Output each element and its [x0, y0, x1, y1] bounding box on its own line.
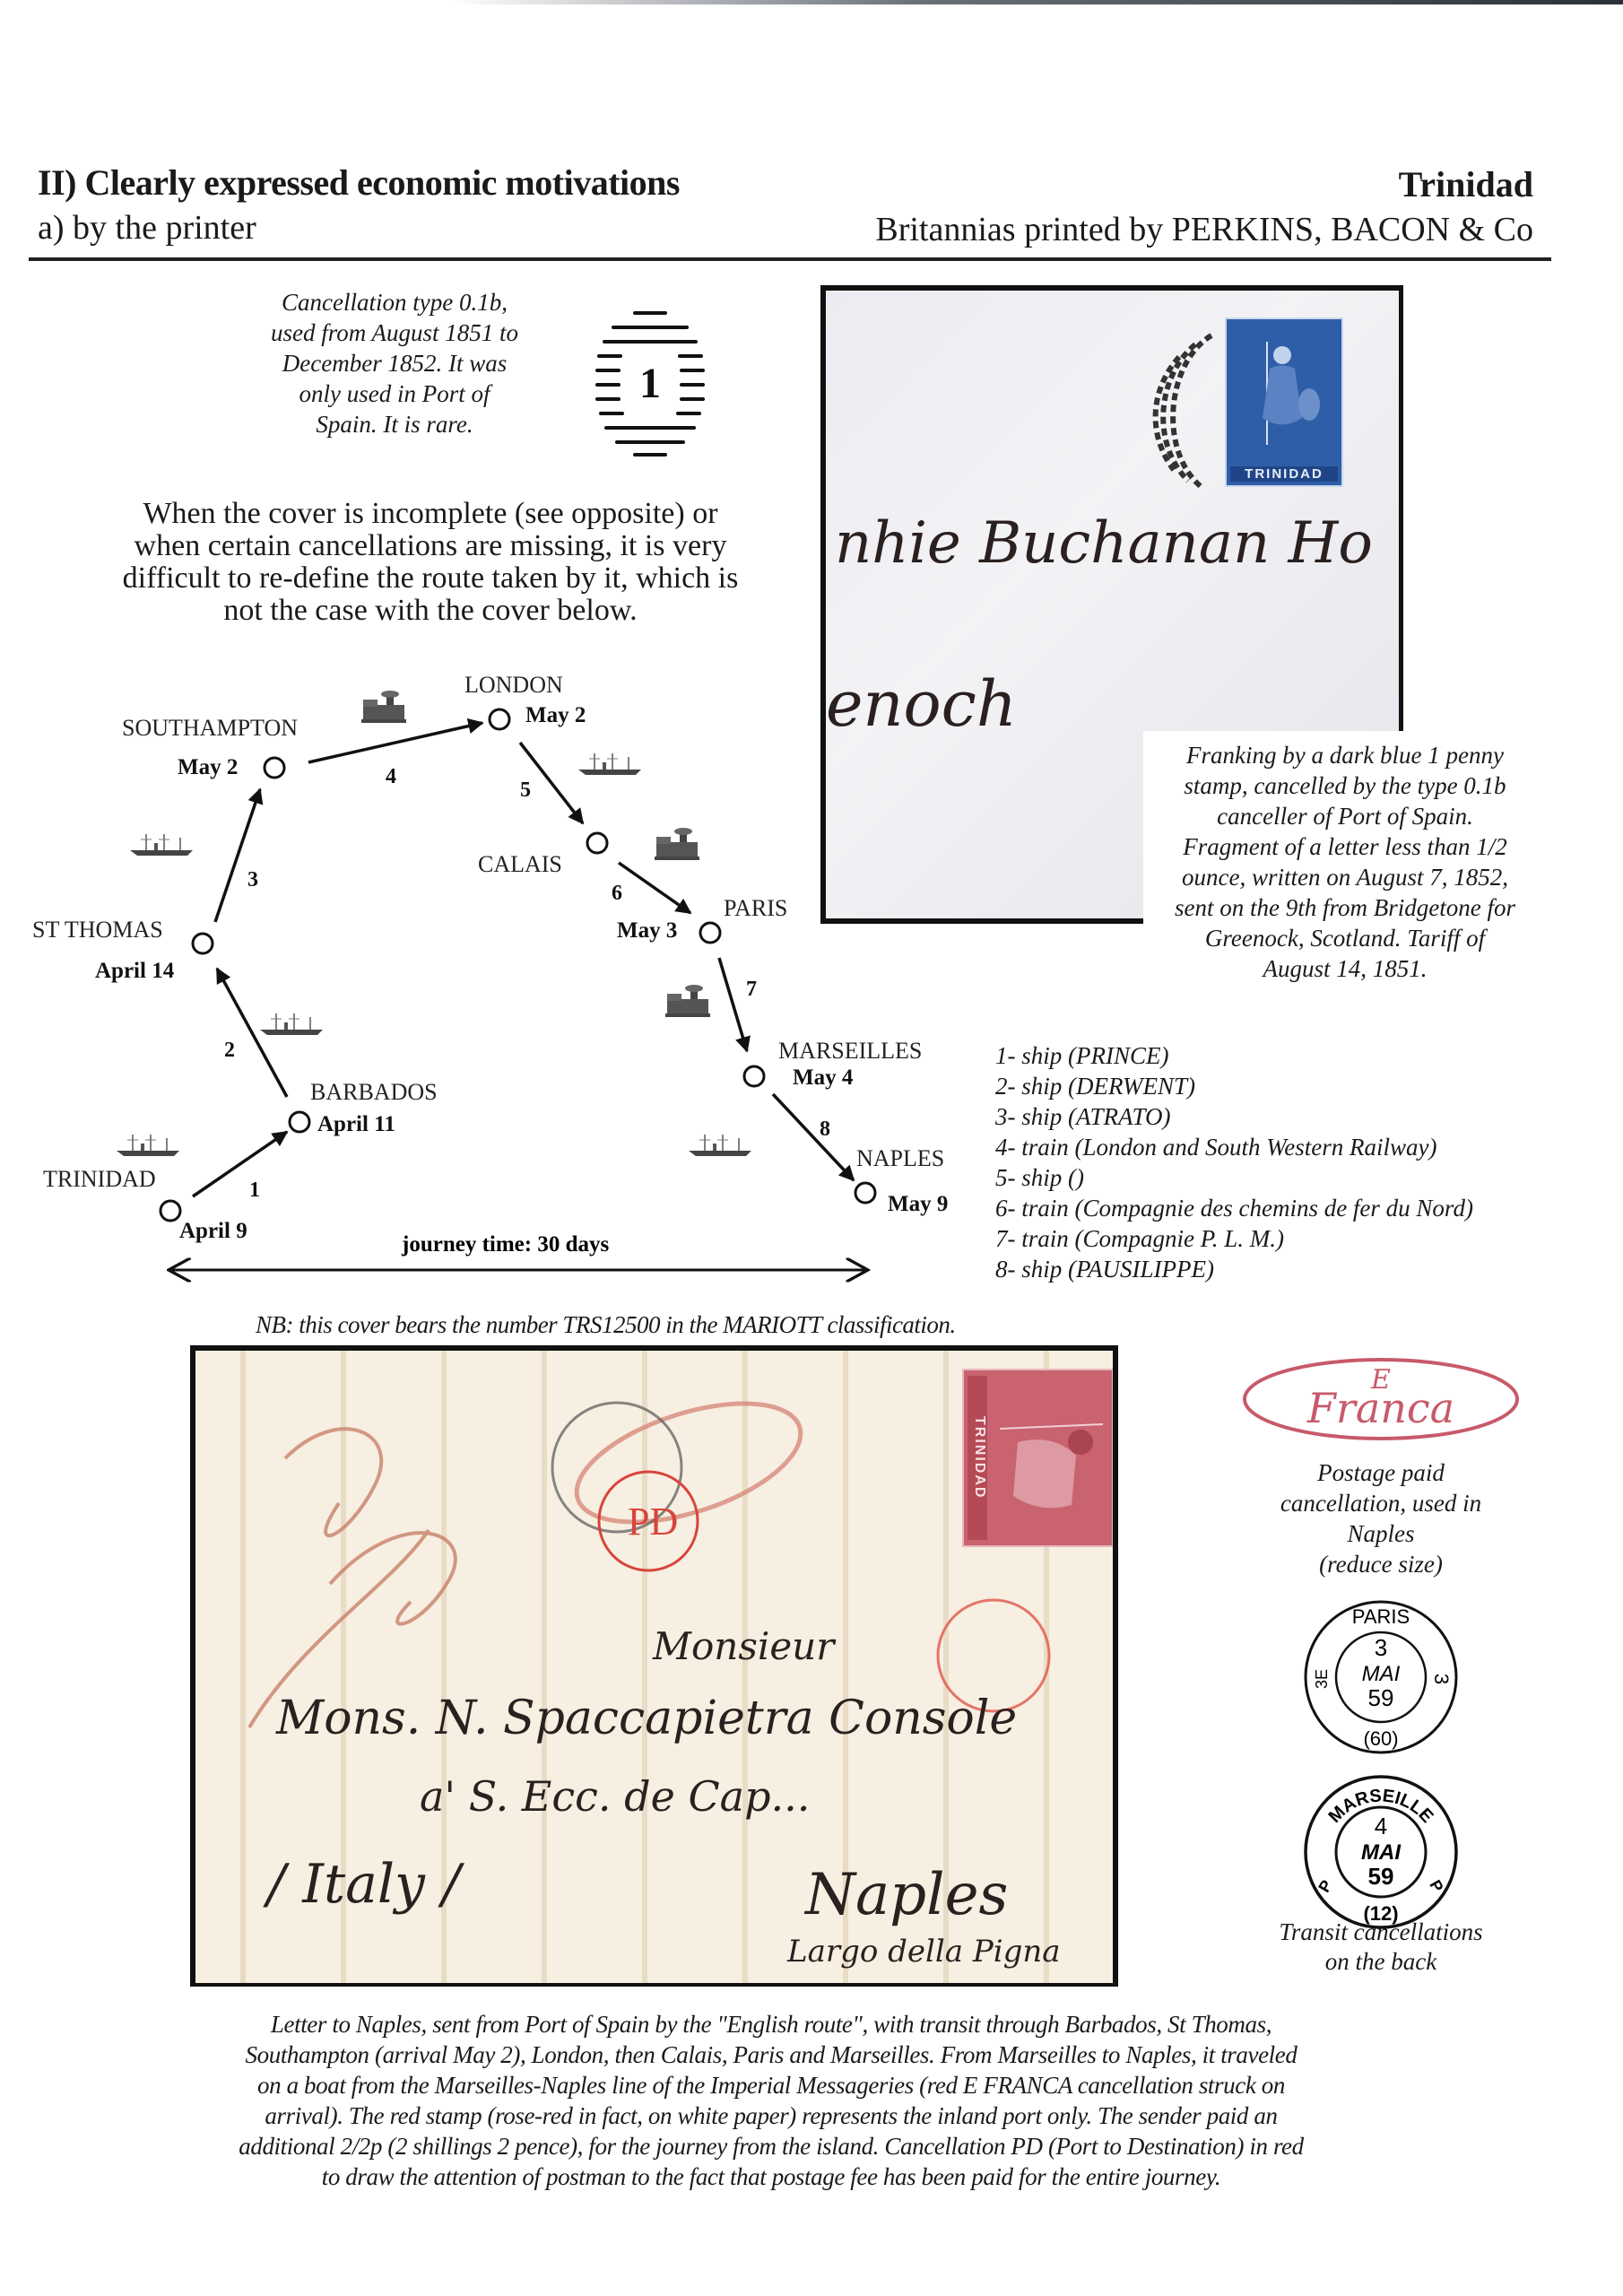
- caption-line: canceller of Port of Spain.: [1148, 801, 1542, 831]
- page-title: II) Clearly expressed economic motivatio…: [38, 161, 680, 204]
- red-britannia-stamp: TRINIDAD: [962, 1369, 1114, 1547]
- barred-numeral-canceller-icon: 1: [583, 300, 717, 462]
- note-line: used from August 1851 to: [242, 317, 547, 348]
- note-line: Cancellation type 0.1b,: [242, 287, 547, 317]
- svg-text:LONDON: LONDON: [464, 672, 563, 698]
- caption-line: August 14, 1851.: [1148, 953, 1542, 984]
- legend-item: 2- ship (DERWENT): [995, 1071, 1473, 1101]
- caption-line: additional 2/2p (2 shillings 2 pence), f…: [135, 2131, 1408, 2161]
- svg-text:April 14: April 14: [95, 959, 175, 983]
- svg-text:3: 3: [247, 868, 258, 891]
- stop-node-calais: [587, 833, 607, 853]
- classification-note: NB: this cover bears the number TRS12500…: [256, 1311, 956, 1339]
- svg-text:PARIS: PARIS: [724, 895, 787, 921]
- stop-node-southampton: [265, 758, 284, 778]
- caption-line: Franking by a dark blue 1 penny: [1148, 740, 1542, 770]
- printer-heading: Britannias printed by PERKINS, BACON & C…: [875, 210, 1533, 249]
- handwritten-address: Mons. N. Spaccapietra Console: [276, 1692, 1017, 1745]
- svg-text:8: 8: [820, 1118, 830, 1141]
- stop-node-paris: [700, 923, 720, 943]
- intro-line: When the cover is incomplete (see opposi…: [81, 498, 780, 530]
- svg-text:MARSEILLES: MARSEILLES: [778, 1038, 922, 1064]
- caption-line: Greenock, Scotland. Tariff of: [1148, 923, 1542, 953]
- stamp-label: TRINIDAD: [968, 1376, 987, 1540]
- svg-text:TRINIDAD: TRINIDAD: [43, 1166, 156, 1192]
- svg-text:PARIS: PARIS: [1352, 1605, 1410, 1628]
- svg-text:6: 6: [612, 882, 622, 905]
- paris-transit-postmark-icon: PARIS 3 MAI 59 (60) 3E 3: [1300, 1596, 1462, 1758]
- cover-letter-image: PD TRINIDAD Monsieur Mons. N. Spaccapiet…: [190, 1345, 1118, 1987]
- legend-item: 3- ship (ATRATO): [995, 1101, 1473, 1132]
- stamp-label: TRINIDAD: [1230, 466, 1338, 482]
- svg-text:3E: 3E: [1313, 1669, 1331, 1689]
- handwritten-address: a' S. Ecc. de Cap...: [420, 1772, 810, 1821]
- svg-text:3: 3: [1430, 1674, 1453, 1684]
- blue-britannia-stamp: TRINIDAD: [1225, 317, 1343, 487]
- legend-item: 8- ship (PAUSILIPPE): [995, 1254, 1473, 1284]
- caption-line: cancellation, used in: [1237, 1488, 1524, 1518]
- svg-text:MAI: MAI: [1362, 1662, 1401, 1686]
- marseille-transit-postmark-icon: MARSEILLE 4 MAI 59 (12) P P: [1300, 1771, 1462, 1933]
- intro-line: when certain cancellations are missing, …: [81, 530, 780, 562]
- svg-text:May 2: May 2: [178, 755, 238, 779]
- svg-text:journey time: 30 days: journey time: 30 days: [401, 1232, 609, 1257]
- caption-line: Fragment of a letter less than 1/2: [1148, 831, 1542, 862]
- svg-text:CALAIS: CALAIS: [478, 851, 562, 877]
- header-divider: [29, 257, 1551, 261]
- fragment-caption: Franking by a dark blue 1 penny stamp, c…: [1148, 740, 1542, 984]
- stop-node-barbados: [290, 1112, 309, 1132]
- svg-text:59: 59: [1368, 1684, 1394, 1711]
- svg-text:5: 5: [520, 778, 531, 802]
- country-heading: Trinidad: [1399, 163, 1533, 205]
- britannia-figure-icon: [991, 1379, 1107, 1536]
- stop-node-london: [490, 709, 509, 729]
- page-top-edge-shadow: [448, 0, 1623, 4]
- handwritten-address: Largo della Pigna: [787, 1934, 1061, 1970]
- caption-line: stamp, cancelled by the type 0.1b: [1148, 770, 1542, 801]
- britannia-figure-icon: [1227, 319, 1338, 454]
- transport-legend: 1- ship (PRINCE) 2- ship (DERWENT) 3- sh…: [995, 1040, 1473, 1284]
- handwritten-address: nhie Buchanan Ho: [835, 510, 1373, 577]
- handwritten-address: Monsieur: [653, 1624, 834, 1668]
- svg-text:59: 59: [1368, 1863, 1394, 1890]
- legend-item: 4- train (London and South Western Railw…: [995, 1132, 1473, 1162]
- svg-text:BARBADOS: BARBADOS: [310, 1079, 438, 1105]
- legend-item: 7- train (Compagnie P. L. M.): [995, 1223, 1473, 1254]
- caption-line: Transit cancellations: [1237, 1918, 1524, 1947]
- svg-text:MAI: MAI: [1361, 1840, 1402, 1865]
- caption-line: ounce, written on August 7, 1852,: [1148, 862, 1542, 892]
- legend-item: 1- ship (PRINCE): [995, 1040, 1473, 1071]
- svg-text:April 9: April 9: [179, 1219, 247, 1243]
- note-line: Spain. It is rare.: [242, 409, 547, 439]
- caption-line: to draw the attention of postman to the …: [135, 2161, 1408, 2192]
- caption-line: on the back: [1237, 1947, 1524, 1977]
- intro-paragraph: When the cover is incomplete (see opposi…: [81, 498, 780, 627]
- caption-line: on a boat from the Marseilles-Naples lin…: [135, 2070, 1408, 2100]
- svg-text:PD: PD: [628, 1500, 678, 1544]
- svg-text:Franca: Franca: [1306, 1384, 1454, 1432]
- caption-line: Naples: [1237, 1518, 1524, 1549]
- handwritten-address: Naples: [805, 1862, 1008, 1928]
- franca-caption: Postage paid cancellation, used in Naple…: [1237, 1457, 1524, 1579]
- caption-line: Southampton (arrival May 2), London, the…: [135, 2039, 1408, 2070]
- intro-line: not the case with the cover below.: [81, 595, 780, 627]
- svg-text:NAPLES: NAPLES: [856, 1145, 944, 1171]
- svg-text:(60): (60): [1363, 1727, 1398, 1750]
- intro-line: difficult to re-define the route taken b…: [81, 562, 780, 595]
- svg-text:May 2: May 2: [525, 703, 586, 727]
- svg-text:ST THOMAS: ST THOMAS: [32, 917, 163, 943]
- svg-text:4: 4: [386, 765, 396, 788]
- cancellation-type-note: Cancellation type 0.1b, used from August…: [242, 287, 547, 439]
- e-franca-cancellation-icon: E Franca: [1237, 1352, 1524, 1442]
- legend-item: 6- train (Compagnie des chemins de fer d…: [995, 1193, 1473, 1223]
- cover-description: Letter to Naples, sent from Port of Spai…: [135, 2009, 1408, 2192]
- barred-cancellation-mark-icon: [1131, 326, 1229, 497]
- stop-node-marseilles: [744, 1066, 764, 1086]
- handwritten-address: / Italy /: [267, 1853, 460, 1916]
- caption-line: (reduce size): [1237, 1549, 1524, 1579]
- legend-item: 5- ship (): [995, 1162, 1473, 1193]
- caption-line: sent on the 9th from Bridgetone for: [1148, 892, 1542, 923]
- svg-text:May 3: May 3: [617, 918, 677, 943]
- caption-line: Postage paid: [1237, 1457, 1524, 1488]
- stop-node-naples: [855, 1183, 875, 1203]
- svg-text:SOUTHAMPTON: SOUTHAMPTON: [122, 715, 298, 741]
- svg-text:May 9: May 9: [888, 1192, 948, 1216]
- page-subtitle: a) by the printer: [38, 208, 256, 248]
- handwritten-address: enoch: [826, 667, 1017, 741]
- svg-text:May 4: May 4: [793, 1065, 854, 1090]
- stop-node-st-thomas: [193, 934, 213, 953]
- svg-text:2: 2: [224, 1039, 235, 1062]
- svg-text:1: 1: [249, 1178, 260, 1202]
- svg-text:April 11: April 11: [317, 1112, 395, 1136]
- caption-line: Letter to Naples, sent from Port of Spai…: [135, 2009, 1408, 2039]
- svg-text:4: 4: [1375, 1813, 1387, 1839]
- note-line: only used in Port of: [242, 378, 547, 409]
- svg-text:7: 7: [746, 978, 757, 1001]
- svg-text:3: 3: [1375, 1634, 1387, 1661]
- stop-node-trinidad: [161, 1201, 180, 1221]
- svg-text:1: 1: [639, 360, 661, 407]
- transit-caption: Transit cancellations on the back: [1237, 1918, 1524, 1977]
- caption-line: arrival). The red stamp (rose-red in fac…: [135, 2100, 1408, 2131]
- note-line: December 1852. It was: [242, 348, 547, 378]
